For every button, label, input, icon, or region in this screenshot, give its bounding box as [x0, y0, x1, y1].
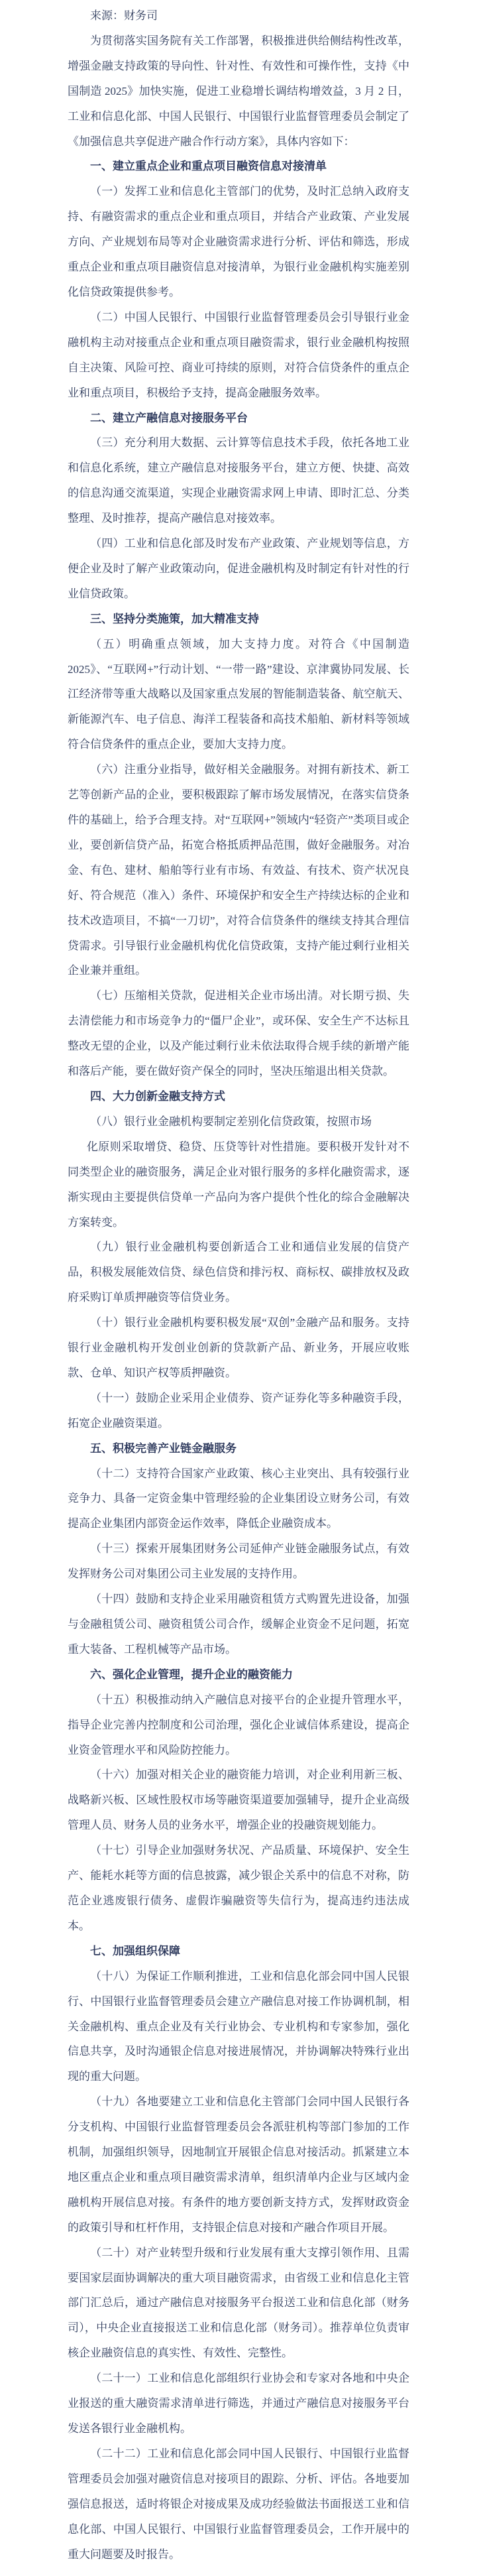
paragraph: （七）压缩相关贷款，促进相关企业市场出清。对长期亏损、失去清偿能力和市场竞争力的…	[68, 983, 409, 1084]
paragraph: （一）发挥工业和信息化主管部门的优势，及时汇总纳入政府支持、有融资需求的重点企业…	[68, 179, 409, 305]
paragraph: （十五）积极推动纳入产融信息对接平台的企业提升管理水平，指导企业完善内控制度和公…	[68, 1687, 409, 1763]
paragraph: （九）银行业金融机构要创新适合工业和通信业发展的信贷产品，积极发展能效信贷、绿色…	[68, 1235, 409, 1310]
paragraph: （十六）加强对相关企业的融资能力培训，对企业利用新三板、战略新兴板、区域性股权市…	[68, 1762, 409, 1838]
paragraph: （十八）为保证工作顺利推进，工业和信息化部会同中国人民银行、中国银行业监督管理委…	[68, 1964, 409, 2090]
paragraph: （十）银行业金融机构要积极发展“双创”金融产品和服务。支持银行业金融机构开发创业…	[68, 1310, 409, 1386]
paragraph: 化原则采取增贷、稳贷、压贷等针对性措施。要积极开发针对不同类型企业的融资服务，满…	[68, 1135, 409, 1235]
paragraph: （十三）探索开展集团财务公司延伸产业链金融服务试点，有效发挥财务公司对集团公司主…	[68, 1536, 409, 1587]
source-label: 来源：财务司	[68, 3, 409, 29]
paragraph: （二十二）工业和信息化部会同中国人民银行、中国银行业监督管理委员会加强对融资信息…	[68, 2441, 409, 2567]
section-heading: 五、积极完善产业链金融服务	[68, 1436, 409, 1461]
section-heading: 二、建立产融信息对接服务平台	[68, 406, 409, 431]
document-body: 来源：财务司为贯彻落实国务院有关工作部署，积极推进供给侧结构性改革，增强金融支持…	[68, 3, 409, 2567]
paragraph: （十九）各地要建立工业和信息化主管部门会同中国人民银行各分支机构、中国银行业监督…	[68, 2089, 409, 2240]
paragraph: （六）注重分业指导，做好相关金融服务。对拥有新技术、新工艺等创新产品的企业，要积…	[68, 757, 409, 983]
paragraph: （二十一）工业和信息化部组织行业协会和专家对各地和中央企业报送的重大融资需求清单…	[68, 2366, 409, 2441]
section-heading: 一、建立重点企业和重点项目融资信息对接清单	[68, 154, 409, 179]
section-heading: 七、加强组织保障	[68, 1939, 409, 1964]
paragraph: （十二）支持符合国家产业政策、核心主业突出、具有较强行业竞争力、具备一定资金集中…	[68, 1461, 409, 1537]
paragraph: 为贯彻落实国务院有关工作部署，积极推进供给侧结构性改革，增强金融支持政策的导向性…	[68, 29, 409, 154]
paragraph: （十七）引导企业加强财务状况、产品质量、环境保护、安全生产、能耗水耗等方面的信息…	[68, 1838, 409, 1939]
paragraph: （二十）对产业转型升级和行业发展有重大支撑引领作用、且需要国家层面协调解决的重大…	[68, 2240, 409, 2366]
policy-document-page: 来源：财务司为贯彻落实国务院有关工作部署，积极推进供给侧结构性改革，增强金融支持…	[0, 0, 477, 2576]
paragraph: （十四）鼓励和支持企业采用融资租赁方式购置先进设备，加强与金融租赁公司、融资租赁…	[68, 1587, 409, 1662]
paragraph: （四）工业和信息化部及时发布产业政策、产业规划等信息，方便企业及时了解产业政策动…	[68, 531, 409, 607]
paragraph: （十一）鼓励企业采用企业债券、资产证券化等多种融资手段，拓宽企业融资渠道。	[68, 1386, 409, 1436]
paragraph: （五）明确重点领域，加大支持力度。对符合《中国制造 2025》、“互联网+”行动…	[68, 632, 409, 758]
section-heading: 四、大力创新金融支持方式	[68, 1084, 409, 1109]
paragraph: （八）银行业金融机构要制定差别化信贷政策，按照市场	[68, 1109, 409, 1135]
paragraph: （二）中国人民银行、中国银行业监督管理委员会引导银行业金融机构主动对接重点企业和…	[68, 305, 409, 406]
section-heading: 六、强化企业管理，提升企业的融资能力	[68, 1662, 409, 1687]
paragraph: （三）充分利用大数据、云计算等信息技术手段，依托各地工业和信息化系统，建立产融信…	[68, 430, 409, 531]
section-heading: 三、坚持分类施策，加大精准支持	[68, 607, 409, 632]
